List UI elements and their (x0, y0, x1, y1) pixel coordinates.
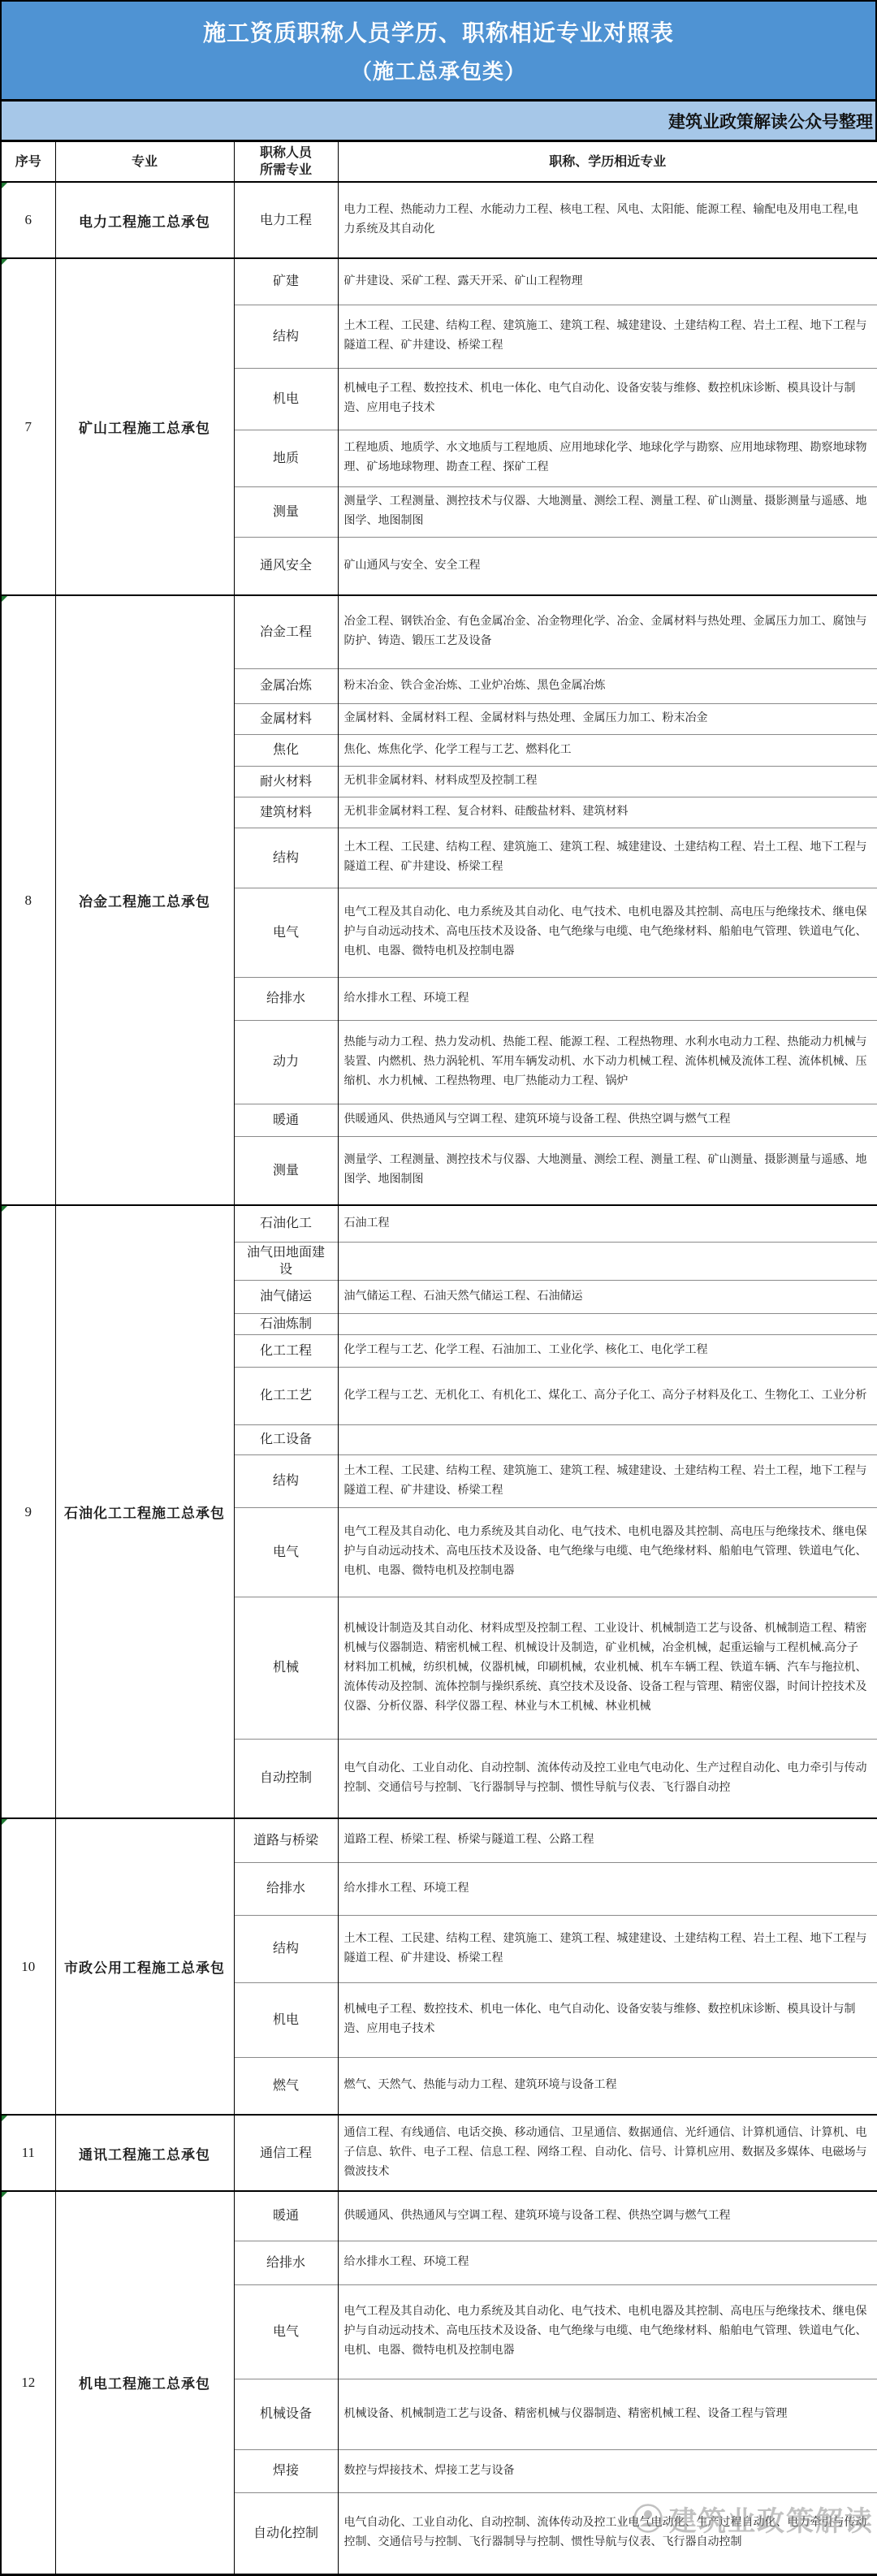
related-majors-cell: 给水排水工程、环境工程 (338, 1862, 877, 1915)
seq-number: 8 (25, 893, 32, 908)
major-cell: 通讯工程施工总承包 (55, 2115, 234, 2191)
related-majors-cell: 冶金工程、钢铁冶金、有色金属冶金、冶金物理化学、冶金、金属材料与热处理、金属压力… (338, 595, 877, 668)
related-majors-cell (338, 1424, 877, 1454)
credit-bar: 建筑业政策解读公众号整理 (0, 102, 877, 140)
title-discipline-cell: 给排水 (234, 2241, 338, 2284)
related-majors-cell: 电气自动化、工业自动化、自动控制、流体传动及控工业电气电动化、生产过程自动化、电… (338, 2492, 877, 2574)
related-majors-cell: 测量学、工程测量、测控技术与仪器、大地测量、测绘工程、测量工程、矿山测量、摄影测… (338, 486, 877, 537)
table-row: 11通讯工程施工总承包通信工程通信工程、有线通信、电话交换、移动通信、卫星通信、… (1, 2115, 877, 2191)
related-majors-cell: 土木工程、工民建、结构工程、建筑施工、建筑工程、城建建设、土建结构工程、岩土工程… (338, 1915, 877, 1982)
title-discipline-cell: 电力工程 (234, 182, 338, 258)
title-discipline-cell: 给排水 (234, 1862, 338, 1915)
seq-cell: 9 (1, 1205, 55, 1818)
page-title: 施工资质职称人员学历、职称相近专业对照表 (203, 15, 674, 48)
major-cell: 冶金工程施工总承包 (55, 595, 234, 1205)
title-discipline-cell: 建筑材料 (234, 797, 338, 828)
major-cell: 电力工程施工总承包 (55, 182, 234, 258)
title-discipline-cell: 结构 (234, 1915, 338, 1982)
table-row: 7矿山工程施工总承包矿建矿井建设、采矿工程、露天开采、矿山工程物理 (1, 258, 877, 305)
title-discipline-cell: 燃气 (234, 2057, 338, 2115)
related-majors-cell: 化学工程与工艺、无机化工、有机化工、煤化工、高分子化工、高分子材料及化工、生物化… (338, 1367, 877, 1424)
related-majors-cell: 供暖通风、供热通风与空调工程、建筑环境与设备工程、供热空调与燃气工程 (338, 1104, 877, 1136)
title-discipline-cell: 结构 (234, 828, 338, 888)
credit-text: 建筑业政策解读公众号整理 (668, 109, 873, 133)
seq-number: 12 (21, 2375, 35, 2390)
related-majors-cell: 金属材料、金属材料工程、金属材料与热处理、金属压力加工、粉末冶金 (338, 703, 877, 734)
seq-cell: 10 (1, 1818, 55, 2115)
related-majors-cell: 无机非金属材料工程、复合材料、硅酸盐材料、建筑材料 (338, 797, 877, 828)
title-discipline-cell: 金属冶炼 (234, 668, 338, 703)
seq-cell: 7 (1, 258, 55, 595)
related-majors-cell (338, 1242, 877, 1280)
title-discipline-cell: 电气 (234, 888, 338, 977)
title-discipline-cell: 测量 (234, 486, 338, 537)
seq-cell: 12 (1, 2191, 55, 2574)
col-header-seq: 序号 (1, 141, 55, 183)
related-majors-cell: 机械设备、机械制造工艺与设备、精密机械与仪器制造、精密机械工程、设备工程与管理 (338, 2379, 877, 2449)
title-discipline-cell: 机电 (234, 1982, 338, 2057)
excel-flag-icon (2, 259, 7, 265)
related-majors-cell: 土木工程、工民建、结构工程、建筑施工、建筑工程、城建建设、土建结构工程、岩土工程… (338, 828, 877, 888)
title-discipline-cell: 给排水 (234, 977, 338, 1020)
col-header-related-majors: 职称、学历相近专业 (338, 141, 877, 183)
title-discipline-cell: 动力 (234, 1020, 338, 1104)
excel-flag-icon (2, 1206, 7, 1212)
title-discipline-cell: 电气 (234, 1507, 338, 1597)
related-majors-cell: 燃气、天然气、热能与动力工程、建筑环境与设备工程 (338, 2057, 877, 2115)
related-majors-cell: 矿井建设、采矿工程、露天开采、矿山工程物理 (338, 258, 877, 305)
related-majors-cell: 电气工程及其自动化、电力系统及其自动化、电气技术、电机电器及其控制、高电压与绝缘… (338, 2284, 877, 2379)
title-discipline-cell: 机械 (234, 1597, 338, 1739)
title-discipline-cell: 耐火材料 (234, 766, 338, 797)
title-discipline-cell: 通信工程 (234, 2115, 338, 2191)
table-header-row: 序号 专业 职称人员 所需专业 职称、学历相近专业 (1, 141, 877, 183)
title-discipline-cell: 机电 (234, 368, 338, 430)
seq-number: 11 (22, 2145, 35, 2160)
related-majors-cell: 油气储运工程、石油天然气储运工程、石油储运 (338, 1280, 877, 1313)
title-discipline-cell: 油气田地面建设 (234, 1242, 338, 1280)
related-majors-cell: 工程地质、地质学、水文地质与工程地质、应用地球化学、地球化学与勘察、应用地球物理… (338, 430, 877, 486)
related-majors-cell: 电气工程及其自动化、电力系统及其自动化、电气技术、电机电器及其控制、高电压与绝缘… (338, 1507, 877, 1597)
title-discipline-cell: 通风安全 (234, 537, 338, 595)
title-discipline-cell: 自动控制 (234, 1739, 338, 1818)
related-majors-cell: 无机非金属材料、材料成型及控制工程 (338, 766, 877, 797)
title-bar: 施工资质职称人员学历、职称相近专业对照表 （施工总承包类） (0, 0, 877, 102)
excel-flag-icon (2, 596, 7, 602)
related-majors-cell: 通信工程、有线通信、电话交换、移动通信、卫星通信、数据通信、光纤通信、计算机通信… (338, 2115, 877, 2191)
title-discipline-cell: 化工工程 (234, 1334, 338, 1367)
related-majors-cell: 电力工程、热能动力工程、水能动力工程、核电工程、风电、太阳能、能源工程、输配电及… (338, 182, 877, 258)
related-majors-cell: 道路工程、桥梁工程、桥梁与隧道工程、公路工程 (338, 1818, 877, 1862)
title-discipline-cell: 焦化 (234, 734, 338, 766)
related-majors-cell: 化学工程与工艺、化学工程、石油加工、工业化学、核化工、电化学工程 (338, 1334, 877, 1367)
title-discipline-cell: 暖通 (234, 2191, 338, 2241)
major-cell: 矿山工程施工总承包 (55, 258, 234, 595)
excel-flag-icon (2, 183, 7, 188)
related-majors-cell: 数控与焊接技术、焊接工艺与设备 (338, 2449, 877, 2492)
title-discipline-cell: 焊接 (234, 2449, 338, 2492)
related-majors-cell: 机械电子工程、数控技术、机电一体化、电气自动化、设备安装与维修、数控机床诊断、模… (338, 1982, 877, 2057)
title-discipline-cell: 结构 (234, 1454, 338, 1507)
page-subtitle: （施工总承包类） (351, 55, 526, 85)
related-majors-cell: 测量学、工程测量、测控技术与仪器、大地测量、测绘工程、测量工程、矿山测量、摄影测… (338, 1136, 877, 1205)
seq-number: 9 (25, 1504, 32, 1519)
title-discipline-cell: 冶金工程 (234, 595, 338, 668)
title-discipline-cell: 暖通 (234, 1104, 338, 1136)
excel-flag-icon (2, 1819, 7, 1825)
related-majors-cell: 焦化、炼焦化学、化学工程与工艺、燃料化工 (338, 734, 877, 766)
title-discipline-cell: 金属材料 (234, 703, 338, 734)
title-discipline-cell: 结构 (234, 305, 338, 368)
related-majors-cell: 机械设计制造及其自动化、材料成型及控制工程、工业设计、机械制造工艺与设备、机械制… (338, 1597, 877, 1739)
table-row: 9石油化工工程施工总承包石油化工石油工程 (1, 1205, 877, 1242)
col-header-title-discipline: 职称人员 所需专业 (234, 141, 338, 183)
table-body: 6电力工程施工总承包电力工程电力工程、热能动力工程、水能动力工程、核电工程、风电… (1, 182, 877, 2574)
seq-cell: 6 (1, 182, 55, 258)
title-discipline-cell: 油气储运 (234, 1280, 338, 1313)
comparison-table: 序号 专业 职称人员 所需专业 职称、学历相近专业 6电力工程施工总承包电力工程… (0, 140, 877, 2576)
title-discipline-cell: 测量 (234, 1136, 338, 1205)
title-discipline-cell: 地质 (234, 430, 338, 486)
table-row: 6电力工程施工总承包电力工程电力工程、热能动力工程、水能动力工程、核电工程、风电… (1, 182, 877, 258)
related-majors-cell: 石油工程 (338, 1205, 877, 1242)
title-discipline-cell: 石油炼制 (234, 1313, 338, 1334)
excel-flag-icon (2, 2116, 7, 2121)
table-row: 12机电工程施工总承包暖通供暖通风、供热通风与空调工程、建筑环境与设备工程、供热… (1, 2191, 877, 2241)
related-majors-cell: 土木工程、工民建、结构工程、建筑施工、建筑工程、城建建设、土建结构工程、岩土工程… (338, 305, 877, 368)
major-cell: 市政公用工程施工总承包 (55, 1818, 234, 2115)
table-row: 10市政公用工程施工总承包道路与桥梁道路工程、桥梁工程、桥梁与隧道工程、公路工程 (1, 1818, 877, 1862)
title-discipline-cell: 化工工艺 (234, 1367, 338, 1424)
title-discipline-cell: 道路与桥梁 (234, 1818, 338, 1862)
title-discipline-cell: 电气 (234, 2284, 338, 2379)
seq-cell: 11 (1, 2115, 55, 2191)
title-discipline-cell: 石油化工 (234, 1205, 338, 1242)
related-majors-cell: 矿山通风与安全、安全工程 (338, 537, 877, 595)
page: 施工资质职称人员学历、职称相近专业对照表 （施工总承包类） 建筑业政策解读公众号… (0, 0, 877, 2576)
excel-flag-icon (2, 2192, 7, 2198)
major-cell: 机电工程施工总承包 (55, 2191, 234, 2574)
title-discipline-cell: 化工设备 (234, 1424, 338, 1454)
related-majors-cell: 热能与动力工程、热力发动机、热能工程、能源工程、工程热物理、水利水电动力工程、热… (338, 1020, 877, 1104)
title-discipline-cell: 矿建 (234, 258, 338, 305)
related-majors-cell: 机械电子工程、数控技术、机电一体化、电气自动化、设备安装与维修、数控机床诊断、模… (338, 368, 877, 430)
related-majors-cell (338, 1313, 877, 1334)
table-row: 8冶金工程施工总承包冶金工程冶金工程、钢铁冶金、有色金属冶金、冶金物理化学、冶金… (1, 595, 877, 668)
title-discipline-cell: 自动化控制 (234, 2492, 338, 2574)
related-majors-cell: 电气自动化、工业自动化、自动控制、流体传动及控工业电气电动化、生产过程自动化、电… (338, 1739, 877, 1818)
related-majors-cell: 给水排水工程、环境工程 (338, 2241, 877, 2284)
related-majors-cell: 电气工程及其自动化、电力系统及其自动化、电气技术、电机电器及其控制、高电压与绝缘… (338, 888, 877, 977)
related-majors-cell: 给水排水工程、环境工程 (338, 977, 877, 1020)
seq-number: 7 (25, 419, 32, 434)
related-majors-cell: 粉末冶金、铁合金冶炼、工业炉冶炼、黑色金属冶炼 (338, 668, 877, 703)
related-majors-cell: 土木工程、工民建、结构工程、建筑施工、建筑工程、城建建设、土建结构工程、岩土工程… (338, 1454, 877, 1507)
title-discipline-cell: 机械设备 (234, 2379, 338, 2449)
seq-number: 10 (21, 1959, 35, 1974)
seq-number: 6 (25, 212, 32, 227)
seq-cell: 8 (1, 595, 55, 1205)
col-header-major: 专业 (55, 141, 234, 183)
major-cell: 石油化工工程施工总承包 (55, 1205, 234, 1818)
related-majors-cell: 供暖通风、供热通风与空调工程、建筑环境与设备工程、供热空调与燃气工程 (338, 2191, 877, 2241)
